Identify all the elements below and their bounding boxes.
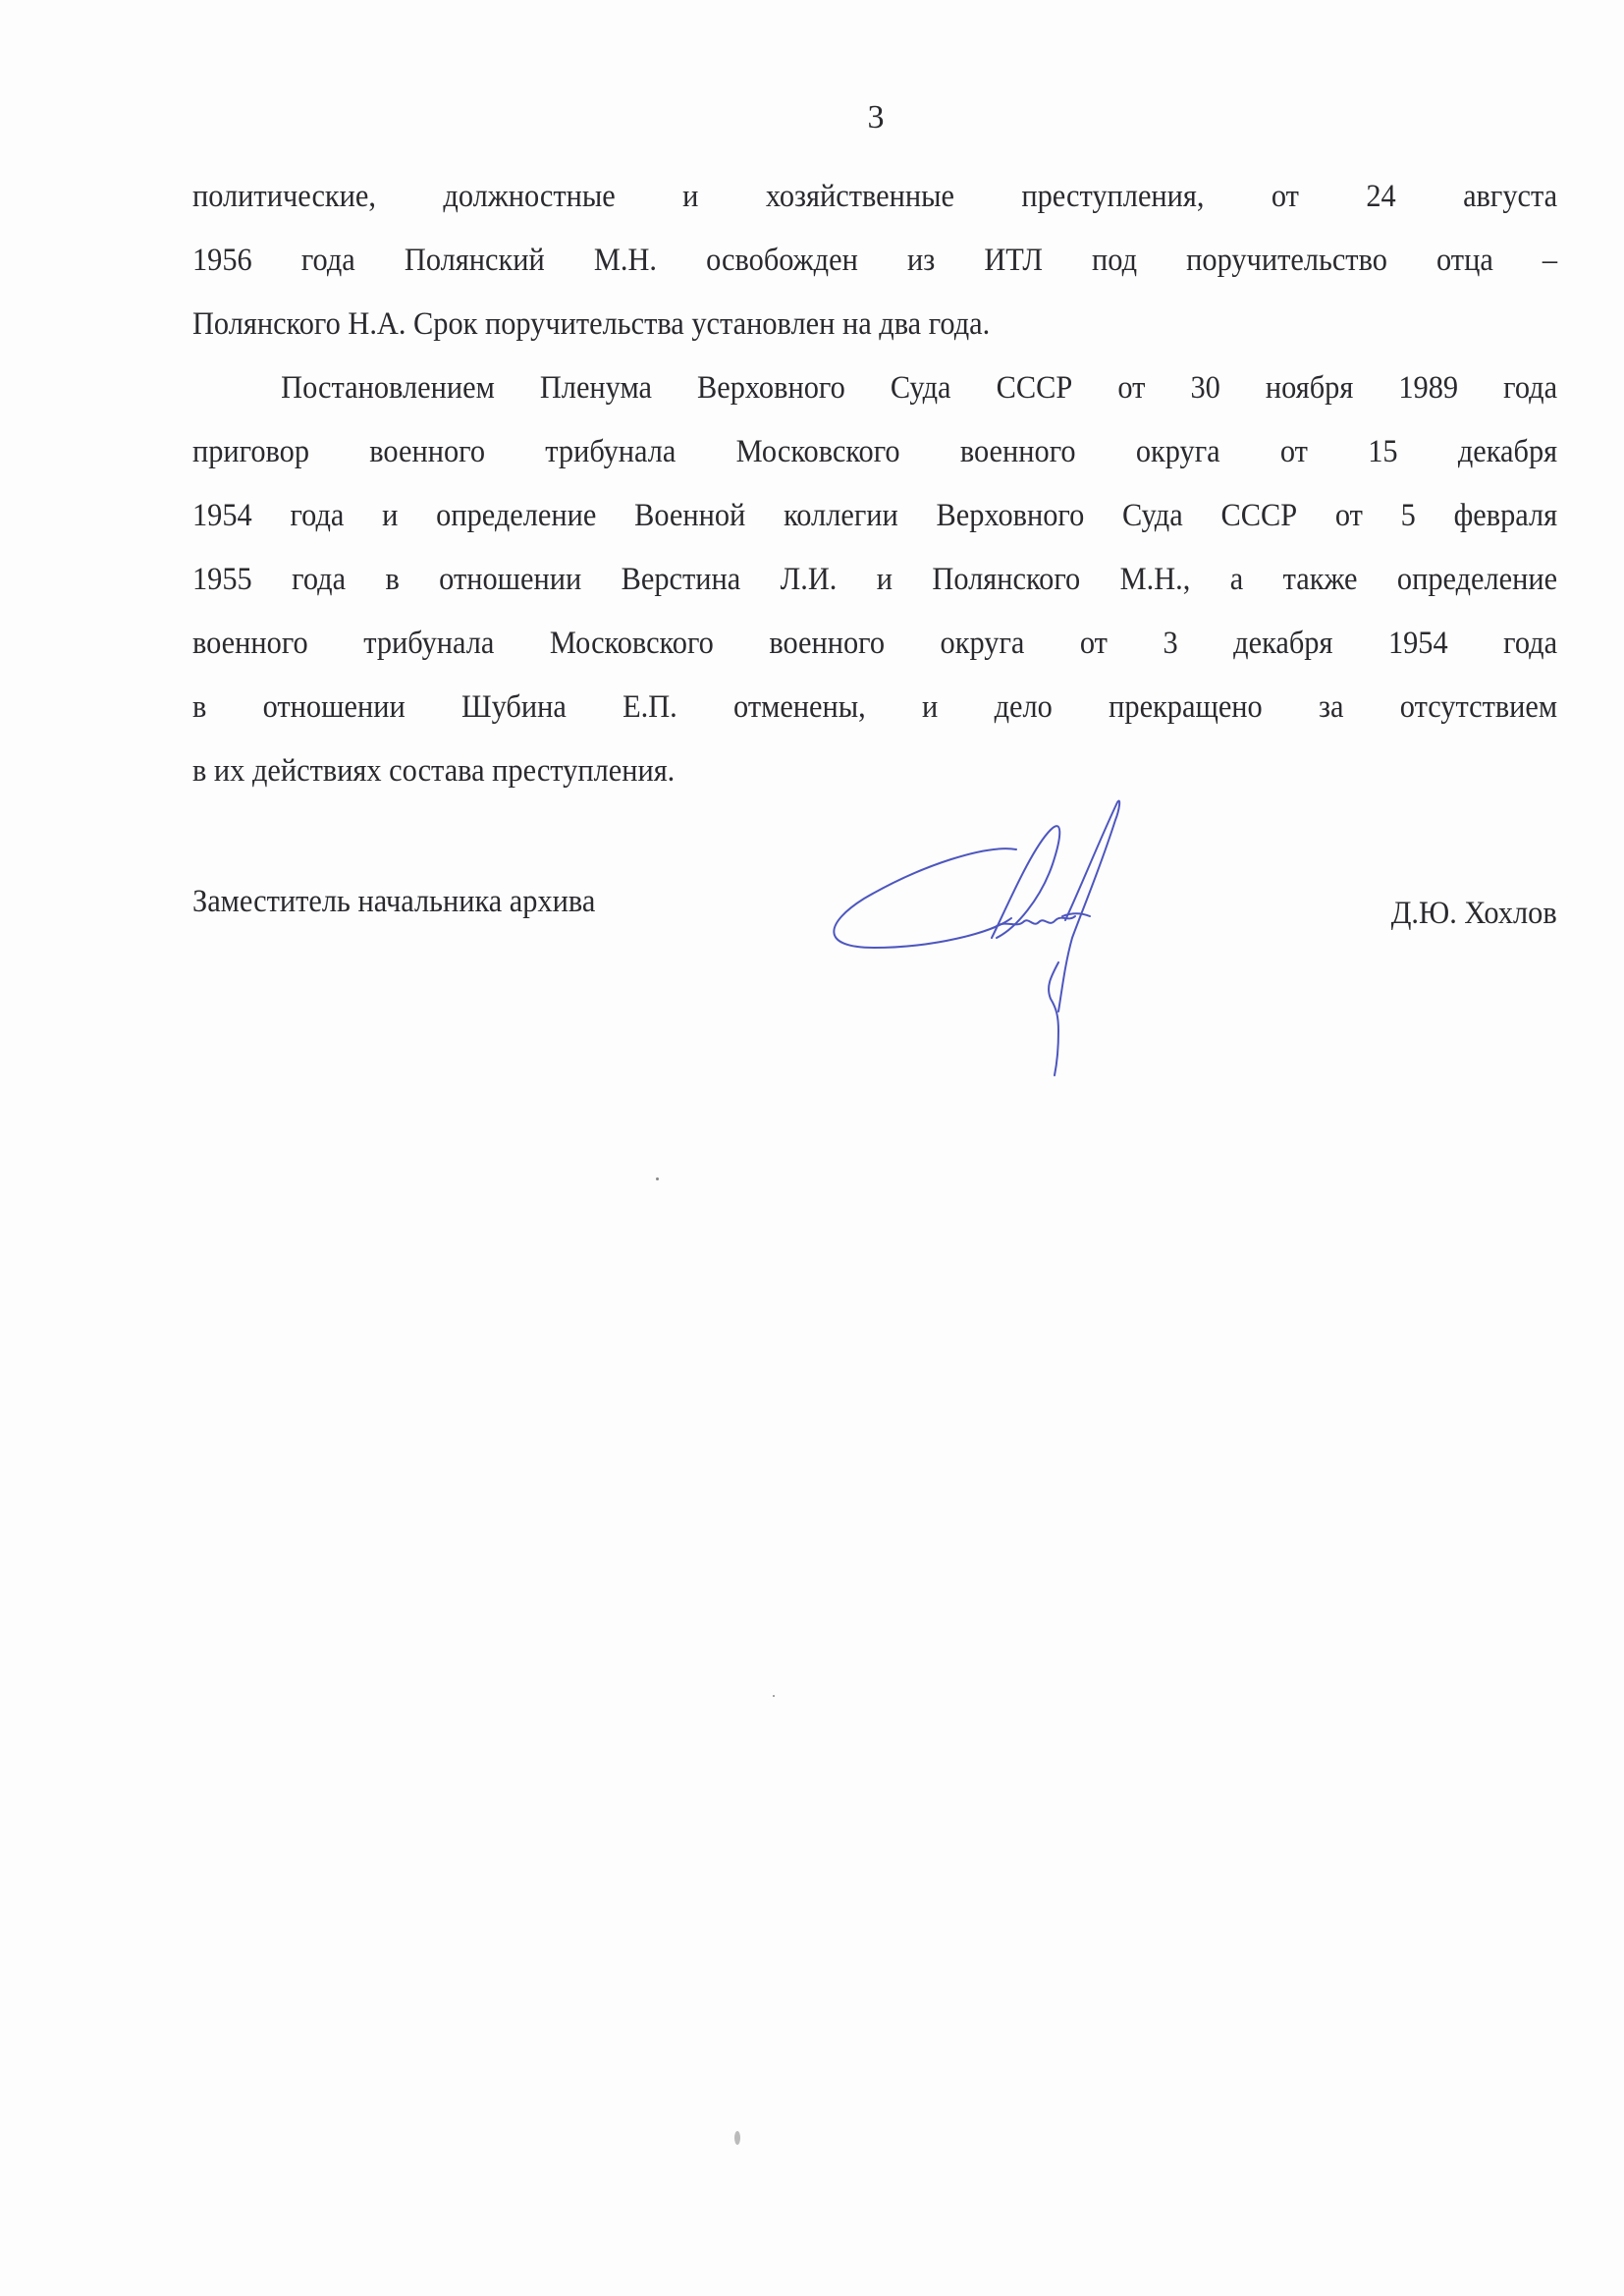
text-line: Постановлением Пленума Верховного Суда С…	[192, 356, 1557, 420]
paragraph-2: Постановлением Пленума Верховного Суда С…	[192, 356, 1557, 803]
text-line: 1955 года в отношении Верстина Л.И. и По…	[192, 548, 1557, 612]
scan-speck	[656, 1177, 659, 1180]
text-line: 1954 года и определение Военной коллегии…	[192, 484, 1557, 548]
text-line: военного трибунала Московского военного …	[192, 612, 1557, 676]
scan-speck	[734, 2131, 740, 2145]
handwritten-signature-icon	[805, 791, 1198, 1085]
text-line: 1956 года Полянский М.Н. освобожден из И…	[192, 229, 1557, 293]
signatory-title: Заместитель начальника архива	[192, 882, 595, 921]
scan-speck	[773, 1695, 775, 1697]
text-line: в отношении Шубина Е.П. отменены, и дело…	[192, 676, 1557, 739]
text-line: политические, должностные и хозяйственны…	[192, 165, 1557, 229]
signatory-name: Д.Ю. Хохлов	[1391, 894, 1557, 933]
paragraph-1: политические, должностные и хозяйственны…	[192, 165, 1557, 356]
document-body: политические, должностные и хозяйственны…	[192, 165, 1557, 803]
text-line: Полянского Н.А. Срок поручительства уста…	[192, 293, 1557, 356]
page-number: 3	[0, 98, 1624, 137]
text-line: приговор военного трибунала Московского …	[192, 420, 1557, 484]
